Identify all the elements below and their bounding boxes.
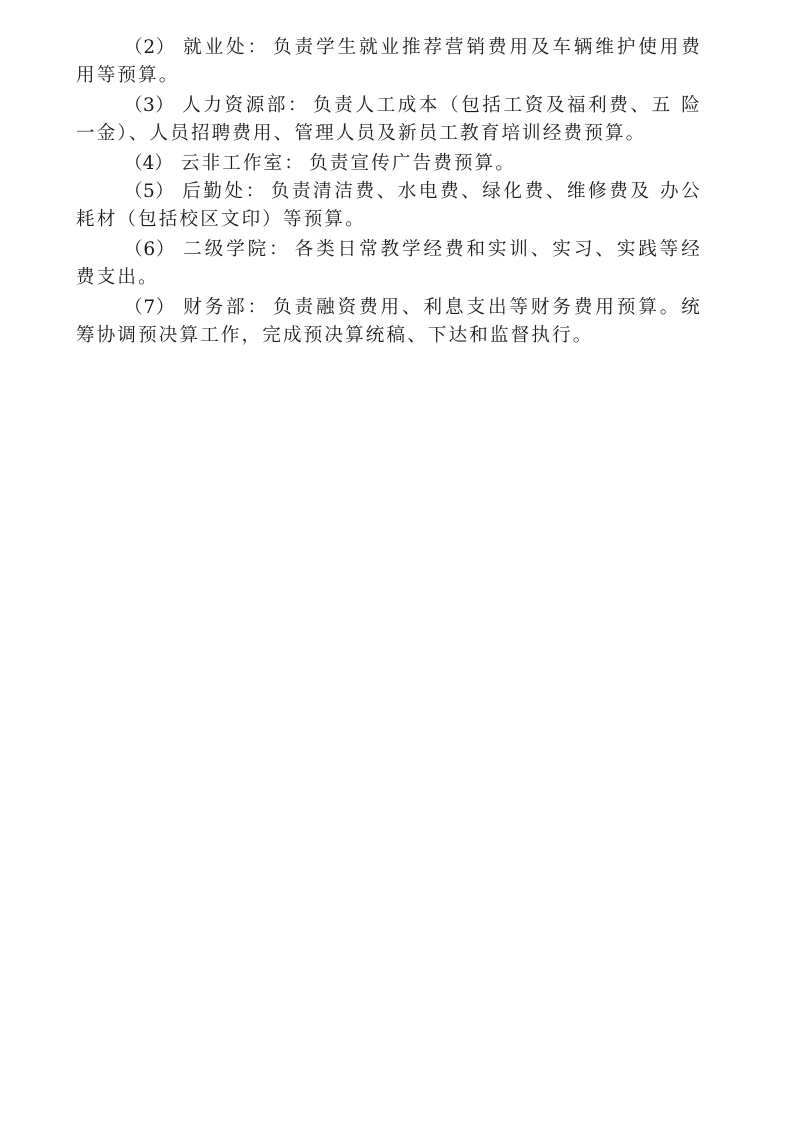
department-name: 云非工作室： [181,153,305,174]
paragraph-employment-office: （2）就业处：负责学生就业推荐营销费用及车辆维护使用费用等预算。 [76,34,702,90]
item-number: （2） [124,37,175,58]
department-name: 后勤处： [182,181,267,202]
department-name: 就业处： [183,37,269,58]
paragraph-hr-department: （3）人力资源部：负责人工成本（包括工资及福利费、五 险一金）、人员招聘费用、管… [76,92,702,148]
item-number: （7） [124,297,175,318]
item-number: （6） [124,239,175,260]
item-number: （5） [124,181,174,202]
department-name: 人力资源部： [182,95,309,116]
item-number: （3） [124,95,174,116]
document-page: （2）就业处：负责学生就业推荐营销费用及车辆维护使用费用等预算。 （3）人力资源… [76,34,702,350]
paragraph-logistics-office: （5）后勤处：负责清洁费、水电费、绿化费、维修费及 办公耗材（包括校区文印）等预… [76,178,702,234]
paragraph-secondary-colleges: （6）二级学院：各类日常教学经费和实训、实习、实践等经费支出。 [76,236,702,292]
department-name: 财务部： [183,297,269,318]
paragraph-finance-department: （7）财务部：负责融资费用、利息支出等财务费用预算。统筹协调预决算工作，完成预决… [76,294,702,350]
paragraph-yunfei-studio: （4）云非工作室：负责宣传广告费预算。 [76,150,702,178]
department-name: 二级学院： [183,239,290,260]
paragraph-text: 负责宣传广告费预算。 [309,153,516,174]
item-number: （4） [124,153,173,174]
